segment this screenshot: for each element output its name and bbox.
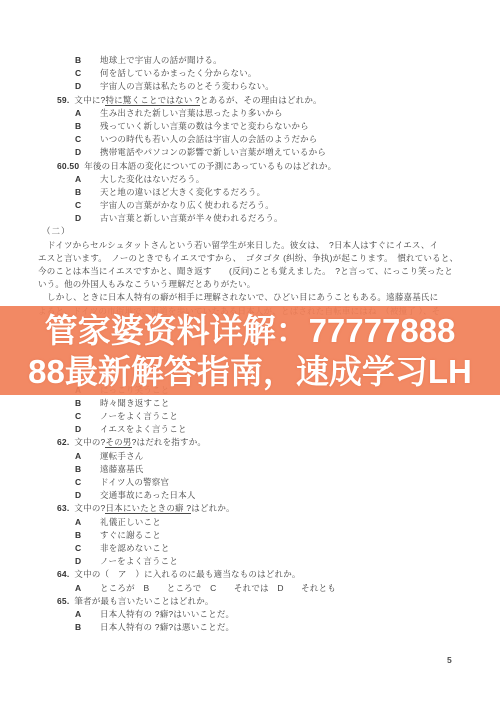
option-line: A運転手さん [0,450,500,463]
question-text: 文中の? [74,437,105,447]
option-text: 何を話しているかまったく分からない。 [100,68,257,78]
option-line: Bすぐに謝ること [0,529,500,542]
option-letter: A [75,516,100,529]
watermark-text-line1: 管家婆资料详解：77777888 [45,310,456,351]
option-line: D宇宙人の言葉は私たちのとそう変わらない。 [0,80,500,93]
option-line: B天と地の違いほど大きく変化するだろう。 [0,186,500,199]
option-letter: B [75,621,100,634]
option-letter: B [75,120,100,133]
option-letter: C [75,199,100,212]
option-letter: D [75,146,100,159]
paragraph-line: いう。他の外国人もみなこういう理解だとありがたい。 [0,278,500,291]
question-underlined-phrase: 日本にいたときの癖 ? [105,503,191,514]
option-text: 携帯電話やパソコンの影響で新しい言葉が増えているから [100,147,326,157]
option-text: 日本人特有の ?癖?は悪いことだ。 [100,622,234,632]
option-line: D古い言葉と新しい言葉が半々使われるだろう。 [0,212,500,225]
paragraph-line: エスと言います。 ノーのときでもイエスですから、 ゴタゴタ (纠纷、争执)が起こ… [0,252,500,265]
question-text: 文中の? [74,503,105,513]
option-letter: D [75,555,100,568]
option-text: 古い言葉と新しい言葉が半々使われるだろう。 [100,213,283,223]
option-letter: D [75,80,100,93]
option-letter: C [75,476,100,489]
option-text: 宇宙人の言葉がかなり広く使われるだろう。 [100,200,274,210]
option-letter: D [75,423,100,436]
option-letter: C [75,410,100,423]
option-line: Dイエスをよく言うこと [0,423,500,436]
option-text: いつの時代も若い人の会話は宇宙人の会話のようだから [100,134,318,144]
question-text: はどれか。 [191,503,235,513]
question-line: 62.文中の?その男?はだれを指すか。 [0,436,500,449]
exam-page: B地球上で宇宙人の話が聞ける。C何を話しているかまったく分からない。D宇宙人の言… [0,0,500,706]
question-number: 60.50 [57,161,79,171]
option-line: D交通事故にあった日本人 [0,489,500,502]
question-line: 59.文中に?特に驚くことではない ?とあるが、その理由はどれか。 [0,94,500,107]
option-line: B残っていく新しい言葉の数は今までと変わらないから [0,120,500,133]
paragraph-line: ドイツからセルシュタットさんという若い留学生が来日した。彼女は、 ?日本人はすぐ… [0,239,500,252]
option-letter: B [75,186,100,199]
option-line: C宇宙人の言葉がかなり広く使われるだろう。 [0,199,500,212]
option-letter: A [75,582,100,595]
option-line: A日本人特有の ?癖?はいいことだ。 [0,608,500,621]
question-text: 年後の日本語の変化についての予測にあっているものはどれか。 [84,161,336,171]
option-letter: A [75,450,100,463]
option-text: 残っていく新しい言葉の数は今までと変わらないから [100,121,309,131]
question-number: 65. [57,596,69,606]
option-letter: B [75,463,100,476]
option-line: B日本人特有の ?癖?は悪いことだ。 [0,621,500,634]
option-text: 運転手さん [100,451,144,461]
option-text: 日本人特有の ?癖?はいいことだ。 [100,609,234,619]
option-line: B時々聞き返すこと [0,397,500,410]
question-underlined-phrase: その男 [105,437,131,448]
option-text: ところが B ところで C それでは D それとも [100,583,336,593]
option-text: イエスをよく言うこと [100,424,187,434]
option-text: ノーをよく言うこと [100,411,178,421]
option-text: 天と地の違いほど大きく変化するだろう。 [100,187,265,197]
option-line: A生み出された新しい言葉は思ったより多いから [0,107,500,120]
question-line: 64.文中の（ ア ）に入れるのに最も適当なものはどれか。 [0,568,500,581]
watermark-text-line2: 88最新解答指南，速成学习LH [28,351,472,392]
option-line: D携帯電話やパソコンの影響で新しい言葉が増えているから [0,146,500,159]
paragraph-line: しかし、ときに日本人特有の癖が相手に理解されないで、ひどい目にあうこともある。遠… [0,291,500,304]
option-line: B地球上で宇宙人の話が聞ける。 [0,54,500,67]
option-letter: A [75,608,100,621]
question-underlined-phrase: 特に驚くことではない ? [105,95,200,106]
question-number: 63. [57,503,69,513]
option-text: 非を認めないこと [100,543,170,553]
option-line: Cドイツ人の警察官 [0,476,500,489]
question-number: 59. [57,95,69,105]
question-line: 60.50年後の日本語の変化についての予測にあっているものはどれか。 [0,160,500,173]
option-text: すぐに謝ること [100,530,161,540]
option-text: 遠藤嘉基氏 [100,464,144,474]
option-line: Cいつの時代も若い人の会話は宇宙人の会話のようだから [0,133,500,146]
option-text: ノーをよく言うこと [100,556,178,566]
option-line: B遠藤嘉基氏 [0,463,500,476]
question-text: 筆者が最も言いたいことはどれか。 [74,596,213,606]
option-line: A礼儀正しいこと [0,516,500,529]
paragraph-line: 今のことは本当にイエスですかと、聞き返す (反问)ことも覚えました。 ?と言って… [0,265,500,278]
option-line: C何を話しているかまったく分からない。 [0,67,500,80]
option-text: 生み出された新しい言葉は思ったより多いから [100,108,283,118]
question-number: 64. [57,569,69,579]
option-line: C非を認めないこと [0,542,500,555]
question-text: とあるが、その理由はどれか。 [200,95,322,105]
option-letter: B [75,54,100,67]
option-line: Dノーをよく言うこと [0,555,500,568]
option-text: 地球上で宇宙人の話が聞ける。 [100,55,222,65]
option-letter: A [75,173,100,186]
option-text: ドイツ人の警察官 [100,477,169,487]
option-letter: D [75,212,100,225]
option-line: Aところが B ところで C それでは D それとも [0,582,500,595]
option-text: 礼儀正しいこと [100,517,161,527]
question-line: 65.筆者が最も言いたいことはどれか。 [0,595,500,608]
question-text: 文中に? [74,95,105,105]
section-marker: （二） [0,225,500,238]
option-letter: C [75,133,100,146]
question-text: 文中の（ ア ）に入れるのに最も適当なものはどれか。 [74,569,300,579]
question-number: 62. [57,437,69,447]
question-line: 63.文中の?日本にいたときの癖 ?はどれか。 [0,502,500,515]
option-letter: C [75,542,100,555]
option-letter: C [75,67,100,80]
option-letter: D [75,489,100,502]
option-line: A大した変化はないだろう。 [0,173,500,186]
option-line: Cノーをよく言うこと [0,410,500,423]
option-letter: B [75,397,100,410]
page-number: 5 [447,655,452,665]
watermark-banner: 管家婆资料详解：77777888 88最新解答指南，速成学习LH [0,306,500,395]
option-text: 交通事故にあった日本人 [100,490,196,500]
option-letter: B [75,529,100,542]
option-text: 時々聞き返すこと [100,398,170,408]
option-text: 大した変化はないだろう。 [100,174,204,184]
question-text: ?はだれを指すか。 [132,437,207,447]
option-text: 宇宙人の言葉は私たちのとそう変わらない。 [100,81,274,91]
option-letter: A [75,107,100,120]
